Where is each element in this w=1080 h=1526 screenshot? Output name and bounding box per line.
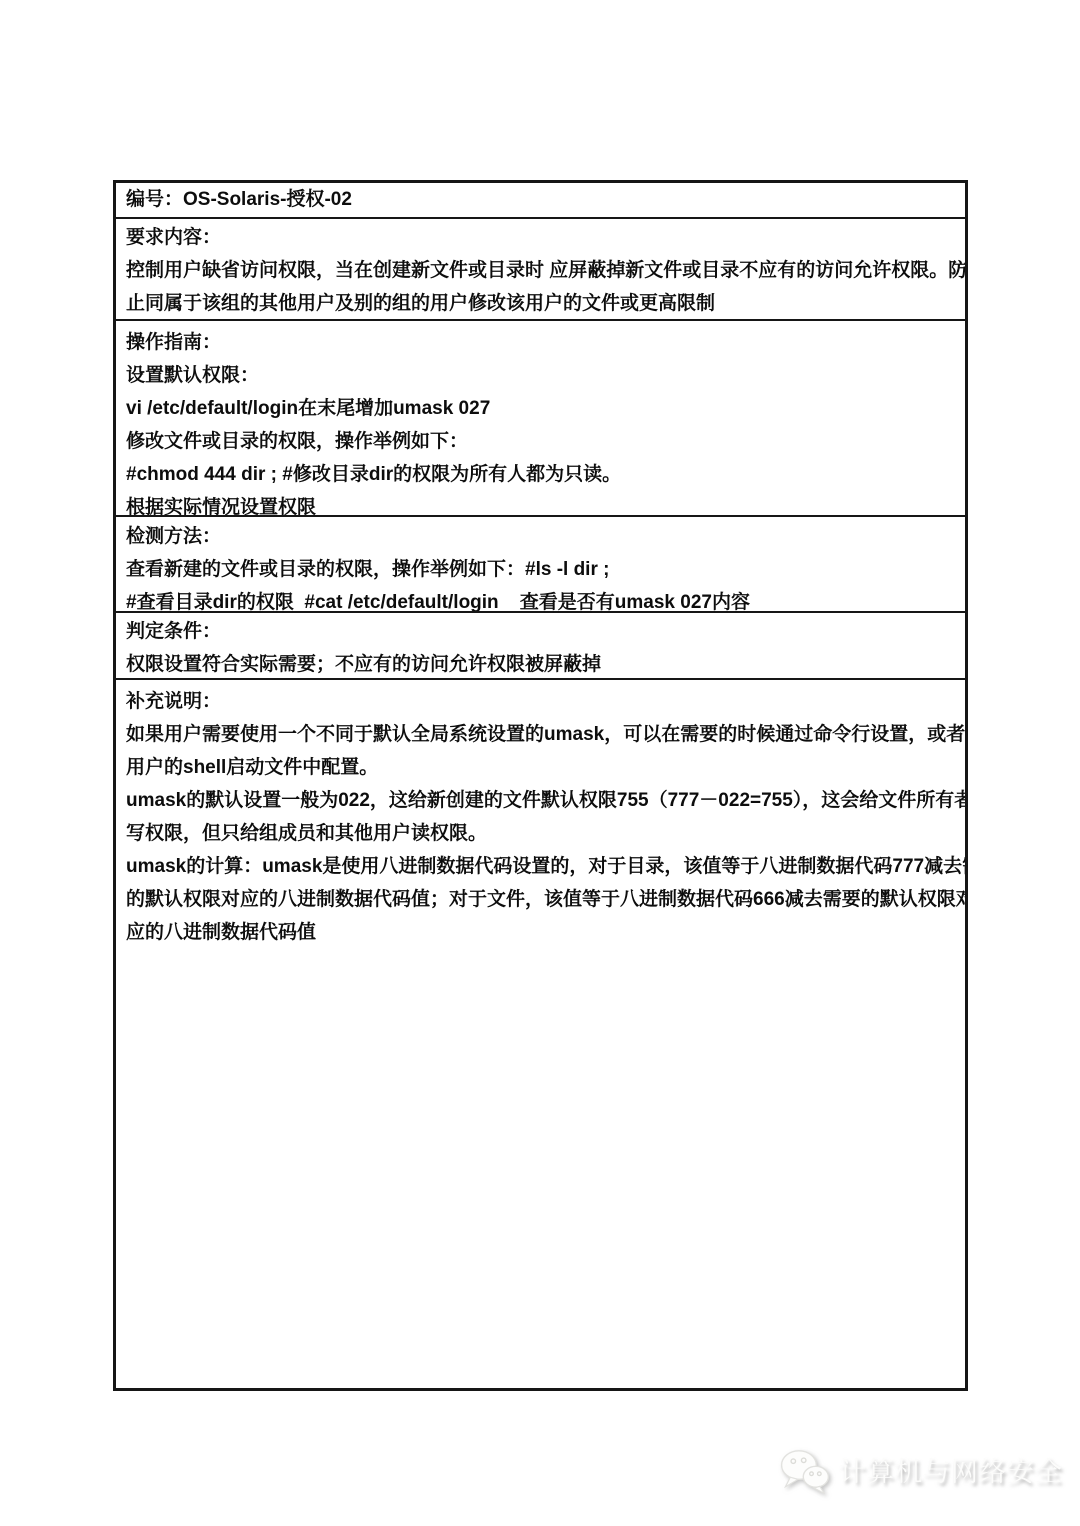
text-line: 如果用户需要使用一个不同于默认全局系统设置的umask，可以在需要的时候通过命令… <box>126 718 955 751</box>
section-label-supplementary-notes: 补充说明： <box>126 685 955 718</box>
text-line: 的默认权限对应的八进制数据代码值；对于文件，该值等于八进制数据代码666减去需要… <box>126 883 955 916</box>
text-line: umask的默认设置一般为022，这给新创建的文件默认权限755（777－022… <box>126 784 955 817</box>
table-row-judgment-condition: 判定条件： 权限设置符合实际需要；不应有的访问允许权限被屏蔽掉 <box>116 613 965 680</box>
wechat-icon <box>779 1447 831 1497</box>
doc-number: 编号：OS-Solaris-授权-02 <box>126 183 955 217</box>
text-line: #查看目录dir的权限 #cat /etc/default/login 查看是否… <box>126 586 955 613</box>
table-row-requirement: 要求内容： 控制用户缺省访问权限，当在创建新文件或目录时 应屏蔽掉新文件或目录不… <box>116 219 965 321</box>
section-label-detection-method: 检测方法： <box>126 520 955 553</box>
section-label-requirement: 要求内容： <box>126 221 955 254</box>
watermark: 计算机与网络安全 <box>779 1447 1063 1497</box>
text-line: 权限设置符合实际需要；不应有的访问允许权限被屏蔽掉 <box>126 648 955 680</box>
text-line: vi /etc/default/login在末尾增加umask 027 <box>126 392 955 425</box>
watermark-text: 计算机与网络安全 <box>839 1459 1063 1486</box>
text-line: 止同属于该组的其他用户及别的组的用户修改该用户的文件或更高限制 <box>126 287 955 320</box>
section-label-judgment-condition: 判定条件： <box>126 615 955 648</box>
text-line: 修改文件或目录的权限，操作举例如下： <box>126 425 955 458</box>
section-label-operation-guide: 操作指南： <box>126 326 955 359</box>
text-line: 查看新建的文件或目录的权限，操作举例如下：#ls -l dir ; <box>126 553 955 586</box>
text-line: #chmod 444 dir ; #修改目录dir的权限为所有人都为只读。 <box>126 458 955 491</box>
table-row-detection-method: 检测方法： 查看新建的文件或目录的权限，操作举例如下：#ls -l dir ; … <box>116 517 965 613</box>
text-line: 应的八进制数据代码值 <box>126 916 955 949</box>
text-line: 控制用户缺省访问权限，当在创建新文件或目录时 应屏蔽掉新文件或目录不应有的访问允… <box>126 254 955 287</box>
text-line: umask的计算：umask是使用八进制数据代码设置的，对于目录，该值等于八进制… <box>126 850 955 883</box>
text-line: 根据实际情况设置权限 <box>126 491 955 517</box>
text-line: 设置默认权限： <box>126 359 955 392</box>
table-row-doc-number: 编号：OS-Solaris-授权-02 <box>116 183 965 219</box>
scanned-document-page: 编号：OS-Solaris-授权-02 要求内容： 控制用户缺省访问权限，当在创… <box>0 0 1080 1526</box>
text-line: 用户的shell启动文件中配置。 <box>126 751 955 784</box>
table-row-operation-guide: 操作指南： 设置默认权限： vi /etc/default/login在末尾增加… <box>116 321 965 517</box>
table-row-supplementary-notes: 补充说明： 如果用户需要使用一个不同于默认全局系统设置的umask，可以在需要的… <box>116 680 965 949</box>
spec-table: 编号：OS-Solaris-授权-02 要求内容： 控制用户缺省访问权限，当在创… <box>113 180 968 1391</box>
text-line: 写权限，但只给组成员和其他用户读权限。 <box>126 817 955 850</box>
